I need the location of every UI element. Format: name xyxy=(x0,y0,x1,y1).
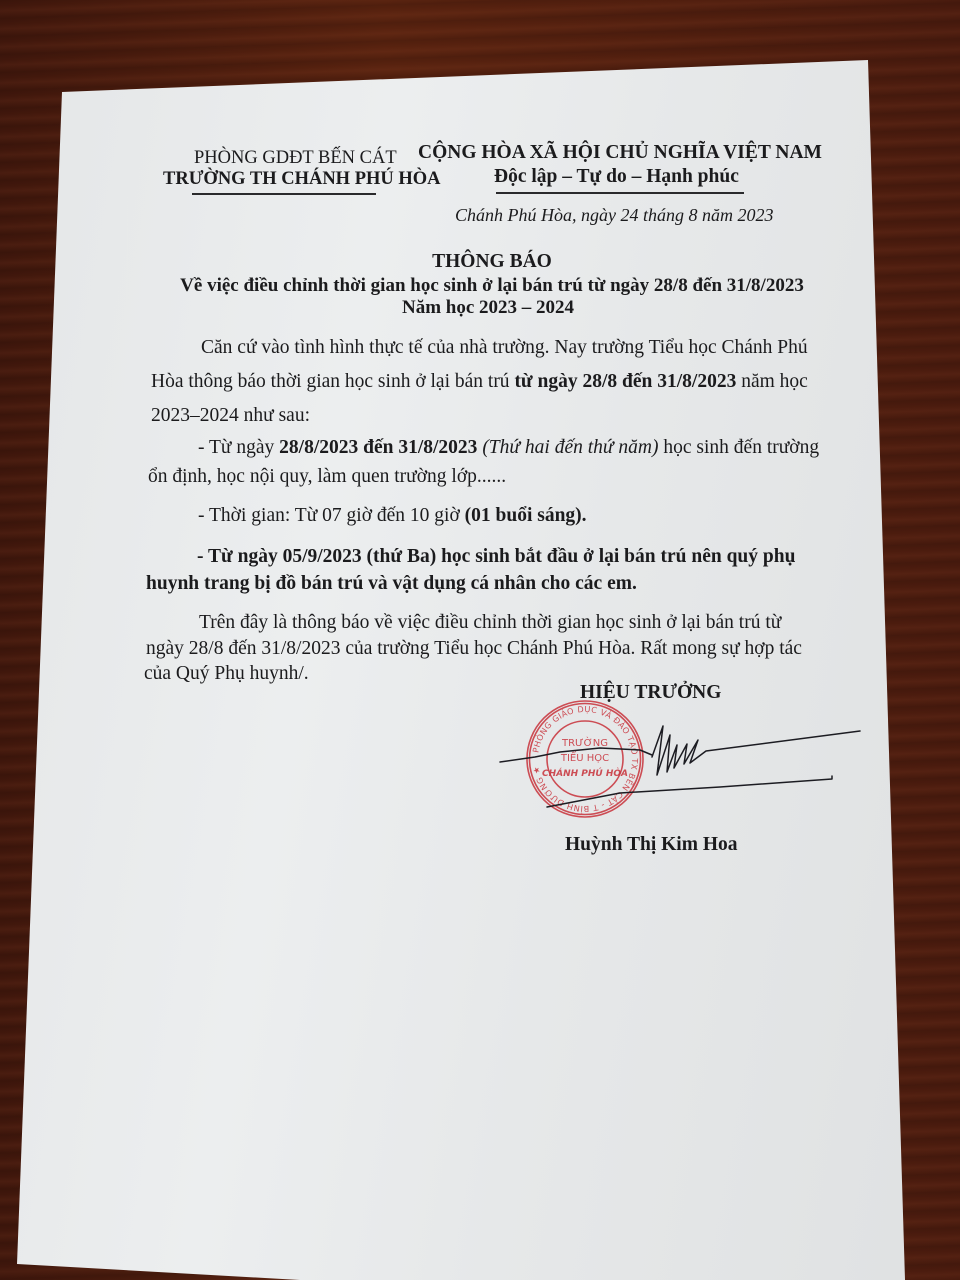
item2-time: - Thời gian: Từ 07 giờ đến 10 giờ xyxy=(198,505,465,526)
school-seal-icon: PHÒNG GIÁO DỤC VÀ ĐÀO TẠO TX BẾN CÁT - T… xyxy=(524,698,646,820)
department-name: PHÒNG GDĐT BẾN CÁT xyxy=(194,149,397,168)
para1-text-end: năm học xyxy=(736,371,807,392)
closing-line3: của Quý Phụ huynh/. xyxy=(144,664,309,684)
national-title: CỘNG HÒA XÃ HỘI CHỦ NGHĨA VIỆT NAM xyxy=(418,143,822,163)
item1-line2: ổn định, học nội quy, làm quen trường lớ… xyxy=(148,467,506,487)
school-year: Năm học 2023 – 2024 xyxy=(8,298,960,317)
svg-text:TIỂU HỌC: TIỂU HỌC xyxy=(560,750,609,764)
item2-session: (01 buổi sáng). xyxy=(465,505,587,526)
item1-line1: - Từ ngày 28/8/2023 đến 31/8/2023 (Thứ h… xyxy=(198,438,819,458)
svg-text:CHÁNH PHÚ HÒA: CHÁNH PHÚ HÒA xyxy=(542,767,628,779)
school-underline xyxy=(192,193,376,195)
place-date: Chánh Phú Hòa, ngày 24 tháng 8 năm 2023 xyxy=(455,206,774,224)
notice-document: PHÒNG GDĐT BẾN CÁT TRƯỜNG TH CHÁNH PHÚ H… xyxy=(0,0,960,1280)
svg-text:TRƯỜNG: TRƯỜNG xyxy=(561,736,608,749)
item3-line1: - Từ ngày 05/9/2023 (thứ Ba) học sinh bắ… xyxy=(197,547,795,567)
para1-dates: từ ngày 28/8 đến 31/8/2023 xyxy=(514,371,736,392)
para1-line3: 2023–2024 như sau: xyxy=(151,406,310,426)
closing-line1: Trên đây là thông báo về việc điều chỉnh… xyxy=(199,613,781,633)
item3-line2: huynh trang bị đồ bán trú và vật dụng cá… xyxy=(146,574,637,594)
signer-name: Huỳnh Thị Kim Hoa xyxy=(565,835,738,855)
school-name: TRƯỜNG TH CHÁNH PHÚ HÒA xyxy=(163,170,441,189)
national-motto: Độc lập – Tự do – Hạnh phúc xyxy=(494,167,739,187)
item2-line: - Thời gian: Từ 07 giờ đến 10 giờ (01 bu… xyxy=(198,506,587,526)
notice-subtitle: Về việc điều chỉnh thời gian học sinh ở … xyxy=(12,276,960,295)
closing-line2: ngày 28/8 đến 31/8/2023 của trường Tiểu … xyxy=(146,639,802,659)
item1-text: học sinh đến trường xyxy=(659,437,820,458)
item1-weekdays: (Thứ hai đến thứ năm) xyxy=(477,437,658,458)
para1-text: Hòa thông báo thời gian học sinh ở lại b… xyxy=(151,371,514,392)
notice-title: THÔNG BÁO xyxy=(12,252,960,272)
para1-line2: Hòa thông báo thời gian học sinh ở lại b… xyxy=(151,372,808,392)
item1-dates: 28/8/2023 đến 31/8/2023 xyxy=(279,437,477,458)
motto-underline xyxy=(496,192,744,194)
item1-prefix: - Từ ngày xyxy=(198,437,279,458)
para1-line1: Căn cứ vào tình hình thực tế của nhà trư… xyxy=(201,338,808,358)
